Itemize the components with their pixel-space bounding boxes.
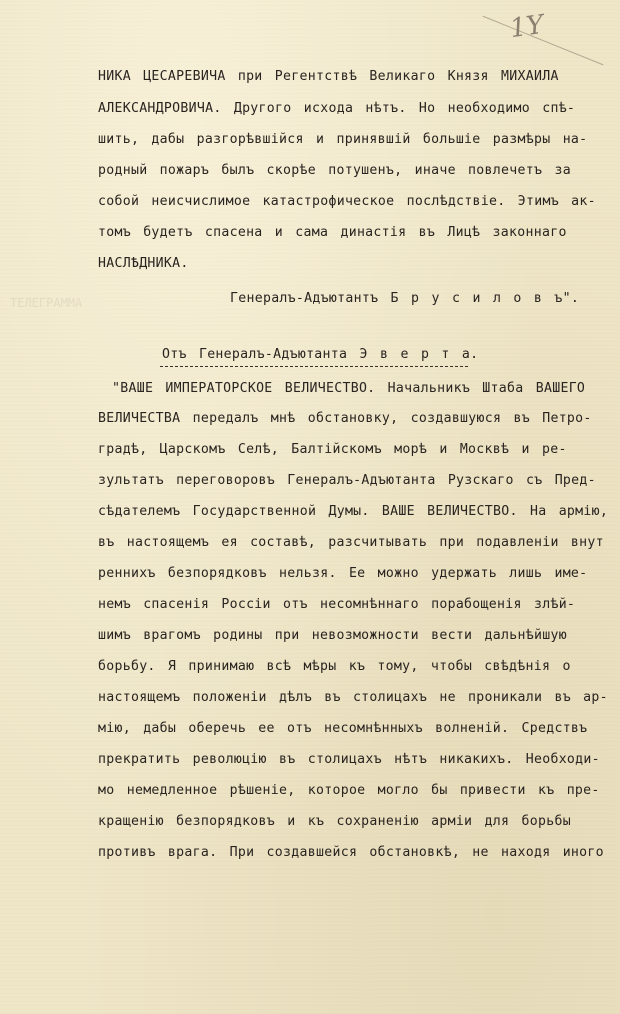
document-page: ТЕЛЕГРАММА 1Y НИКА ЦЕСАРЕВИЧА при Регент… (0, 0, 620, 1014)
text-line: немъ спасенія Россіи отъ несомнѣннаго по… (98, 596, 608, 614)
text-line: сѣдателемъ Государственной Думы. ВАШЕ ВЕ… (98, 503, 608, 521)
text-line: собой неисчислимое катастрофическое посл… (98, 193, 608, 211)
text-line: "ВАШЕ ИМПЕРАТОРСКОЕ ВЕЛИЧЕСТВО. Начальни… (112, 380, 620, 398)
brusilov-signature: Генералъ-Адъютантъ Б р у с и л о в ъ". (230, 291, 579, 306)
text-line: шить, дабы разгорѣвшійся и принявшій бол… (98, 131, 608, 149)
text-line: борьбу. Я принимаю всѣ мѣры къ тому, что… (98, 658, 608, 676)
heading-underline (160, 366, 468, 367)
section-heading: Отъ Генералъ-Адъютанта Э в е р т а. (162, 347, 478, 362)
bleed-through-text: ТЕЛЕГРАММА (10, 296, 82, 310)
text-line: въ настоящемъ ея составѣ, разсчитывать п… (98, 534, 608, 552)
text-line: томъ будетъ спасена и сама династія въ Л… (98, 224, 608, 242)
text-line: кращенію безпорядковъ и къ сохраненію ар… (98, 813, 608, 831)
text-line: настоящемъ положеніи дѣлъ въ столицахъ н… (98, 689, 608, 707)
text-line: мію, дабы оберечь ее отъ несомнѣнныхъ во… (98, 720, 608, 738)
text-line: ВЕЛИЧЕСТВА передалъ мнѣ обстановку, созд… (98, 410, 608, 428)
text-line: прекратить революцію въ столицахъ нѣтъ н… (98, 751, 608, 769)
text-line: АЛЕКСАНДРОВИЧА. Другого исхода нѣтъ. Но … (98, 100, 608, 118)
text-line: родный пожаръ былъ скорѣе потушенъ, инач… (98, 162, 608, 180)
text-line: шимъ врагомъ родины при невозможности ве… (98, 627, 608, 645)
text-line: НАСЛѢДНИКА. (98, 255, 608, 273)
text-line: реннихъ безпорядковъ нельзя. Ее можно уд… (98, 565, 608, 583)
text-line: градѣ, Царскомъ Селѣ, Балтійскомъ морѣ и… (98, 441, 608, 459)
text-line: НИКА ЦЕСАРЕВИЧА при Регентствѣ Великаго … (98, 68, 608, 86)
text-line: противъ врага. При создавшейся обстановк… (98, 844, 608, 862)
text-line: мо немедленное рѣшеніе, которое могло бы… (98, 782, 608, 800)
text-line: зультатъ переговоровъ Генералъ-Адъютанта… (98, 472, 608, 490)
